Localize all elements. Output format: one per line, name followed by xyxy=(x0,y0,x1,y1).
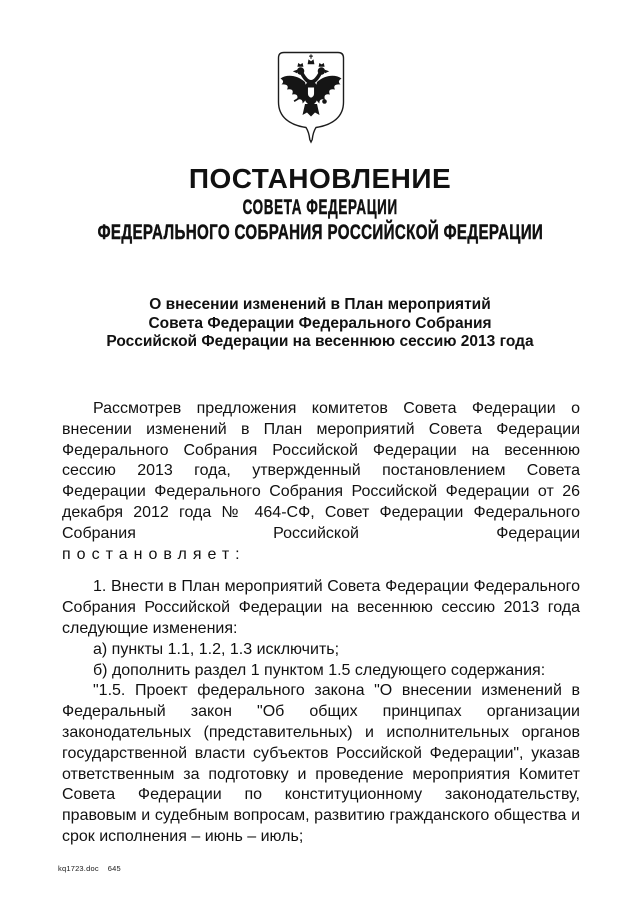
resolves-keyword: постановляет: xyxy=(62,545,580,566)
footer-file-reference: kq1723.doc xyxy=(58,864,99,873)
document-type-title: ПОСТАНОВЛЕНИЕ xyxy=(0,163,640,195)
footer-code: 645 xyxy=(108,864,121,873)
preamble-paragraph: Рассмотрев предложения комитетов Совета … xyxy=(62,399,580,545)
document-page: ПОСТАНОВЛЕНИЕ СОВЕТА ФЕДЕРАЦИИ ФЕДЕРАЛЬН… xyxy=(0,0,640,905)
subject-line-2: Совета Федерации Федерального Собрания xyxy=(0,315,640,334)
document-subject: О внесении изменений в План мероприятий … xyxy=(0,296,640,352)
issuer-line-2-text: ФЕДЕРАЛЬНОГО СОБРАНИЯ РОССИЙСКОЙ ФЕДЕРАЦ… xyxy=(97,221,543,245)
subject-line-3: Российской Федерации на весеннюю сессию … xyxy=(0,333,640,352)
document-footer: kq1723.doc645 xyxy=(58,864,121,873)
item-1-paragraph: 1. Внести в План мероприятий Совета Феде… xyxy=(62,577,580,639)
document-body: Рассмотрев предложения комитетов Совета … xyxy=(62,399,580,848)
issuer-line-2: ФЕДЕРАЛЬНОГО СОБРАНИЯ РОССИЙСКОЙ ФЕДЕРАЦ… xyxy=(0,221,640,245)
item-1a-line: а) пункты 1.1, 1.2, 1.3 исключить; xyxy=(62,640,580,661)
item-1-5-paragraph: "1.5. Проект федерального закона "О внес… xyxy=(62,681,580,847)
issuer-line-1-text: СОВЕТА ФЕДЕРАЦИИ xyxy=(242,196,397,220)
russian-coat-of-arms-icon xyxy=(277,51,345,144)
issuer-line-1: СОВЕТА ФЕДЕРАЦИИ xyxy=(0,196,640,220)
double-headed-eagle xyxy=(281,54,342,116)
item-1b-line: б) дополнить раздел 1 пунктом 1.5 следую… xyxy=(62,661,580,682)
subject-line-1: О внесении изменений в План мероприятий xyxy=(0,296,640,315)
